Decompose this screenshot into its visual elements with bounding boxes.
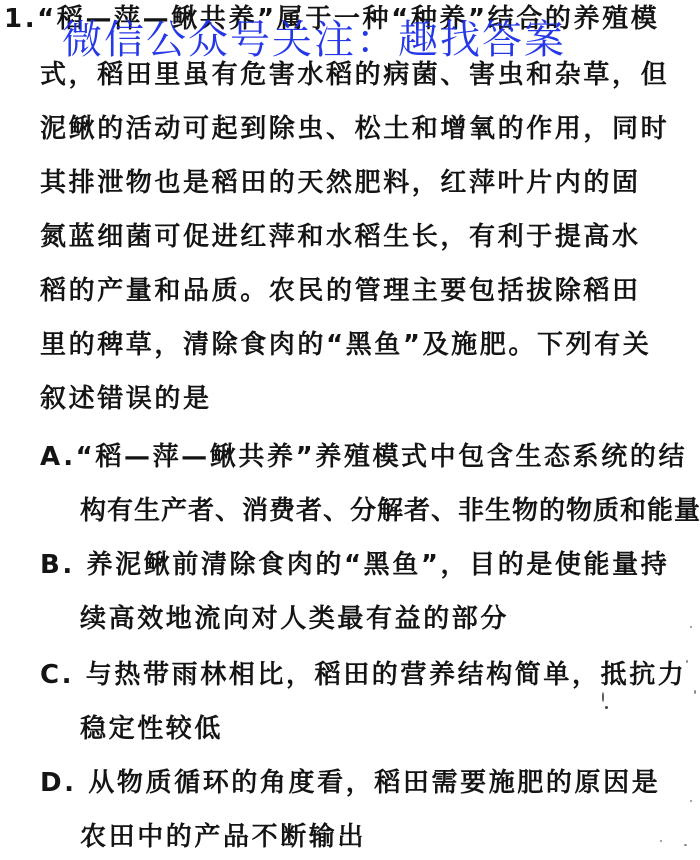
question-stem-line-4: 其排泄物也是稻田的天然肥料，红萍叶片内的固 bbox=[40, 168, 641, 198]
scan-speck bbox=[684, 844, 687, 846]
option-d-line-1: D. 从物质循环的角度看，稻田需要施肥的原因是 bbox=[40, 768, 660, 798]
scan-speck bbox=[605, 706, 608, 709]
question-stem-line-5: 氮蓝细菌可促进红萍和水稻生长，有利于提高水 bbox=[40, 222, 641, 252]
question-stem-line-6: 稻的产量和品质。农民的管理主要包括拔除稻田 bbox=[40, 276, 641, 306]
scan-speck bbox=[660, 840, 662, 842]
question-stem-line-3: 泥鳅的活动可起到除虫、松土和增氧的作用，同时 bbox=[40, 114, 669, 144]
scan-speck bbox=[602, 692, 604, 702]
option-a-line-2: 构有生产者、消费者、分解者、非生物的物质和能量 bbox=[80, 496, 700, 526]
scan-speck bbox=[694, 690, 696, 694]
option-b-line-1: B. 养泥鳅前清除食肉的“黑鱼”，目的是使能量持 bbox=[40, 550, 669, 580]
question-stem-line-7: 里的稗草，清除食肉的“黑鱼”及施肥。下列有关 bbox=[40, 330, 651, 360]
exam-question-page: 1.“稻—萍—鳅共养”属于一种“种养”结合的养殖模 式，稻田里虽有危害水稻的病菌… bbox=[0, 0, 700, 860]
scan-noise bbox=[590, 620, 700, 860]
option-b-line-2: 续高效地流向对人类最有益的部分 bbox=[80, 604, 509, 634]
question-stem-line-2: 式，稻田里虽有危害水稻的病菌、害虫和杂草，但 bbox=[40, 60, 669, 90]
question-stem-line-8: 叙述错误的是 bbox=[40, 384, 212, 414]
option-d-line-2: 农田中的产品不断输出 bbox=[80, 822, 366, 852]
scan-speck bbox=[690, 800, 692, 802]
watermark-text: 微信公众号关注：趣找答案 bbox=[62, 18, 566, 62]
scan-speck bbox=[690, 626, 692, 628]
scan-speck bbox=[686, 660, 688, 663]
option-a-line-1: A.“稻—萍—鳅共养”养殖模式中包含生态系统的结 bbox=[40, 442, 687, 472]
option-c-line-2: 稳定性较低 bbox=[80, 714, 223, 744]
